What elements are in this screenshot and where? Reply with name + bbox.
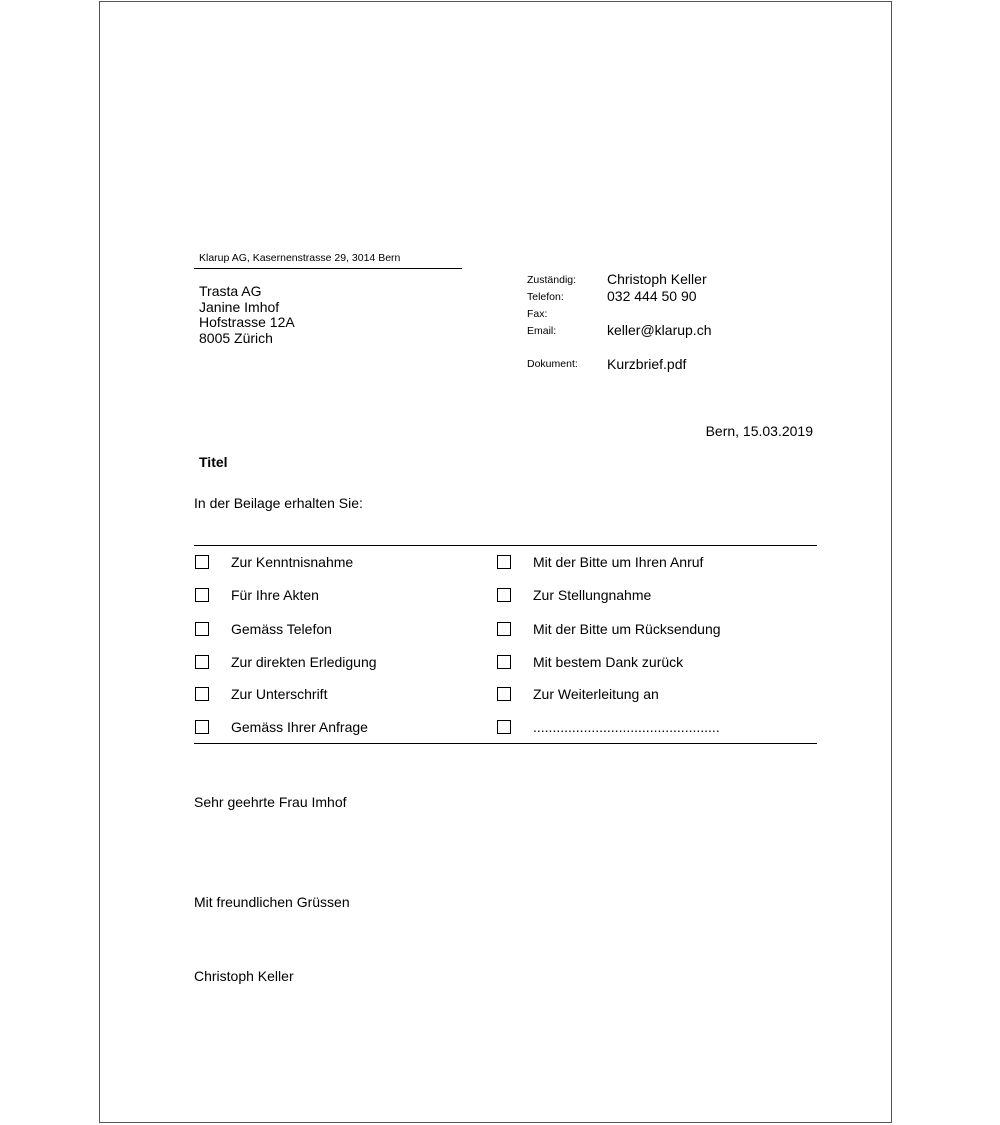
- recipient-address: Trasta AG Janine Imhof Hofstrasse 12A 80…: [199, 284, 295, 346]
- checkbox[interactable]: [497, 622, 511, 636]
- info-label-email: Email:: [527, 325, 556, 337]
- checklist-item[interactable]: Mit bestem Dank zurück: [497, 652, 683, 672]
- checklist-bottom-rule: [194, 743, 817, 744]
- info-value-email: keller@klarup.ch: [607, 322, 711, 338]
- letter-title: Titel: [199, 454, 228, 470]
- checklist-label: Zur Kenntnisnahme: [231, 554, 353, 570]
- checklist-label: Gemäss Telefon: [231, 621, 332, 637]
- info-label-responsible: Zuständig:: [527, 274, 576, 286]
- salutation: Sehr geehrte Frau Imhof: [194, 794, 347, 810]
- checkbox[interactable]: [195, 687, 209, 701]
- checklist-item[interactable]: Zur Kenntnisnahme: [195, 552, 353, 572]
- sender-address-line: Klarup AG, Kasernenstrasse 29, 3014 Bern: [199, 252, 400, 264]
- checklist-item[interactable]: Mit der Bitte um Ihren Anruf: [497, 552, 703, 572]
- checklist-item[interactable]: Mit der Bitte um Rücksendung: [497, 619, 721, 639]
- checklist-item[interactable]: Zur Weiterleitung an: [497, 684, 659, 704]
- checklist-item[interactable]: Zur Unterschrift: [195, 684, 327, 704]
- checkbox[interactable]: [195, 655, 209, 669]
- checklist-label: Zur direkten Erledigung: [231, 654, 377, 670]
- sender-underline: [194, 268, 462, 269]
- checkbox[interactable]: [195, 622, 209, 636]
- checklist-label: Gemäss Ihrer Anfrage: [231, 719, 368, 735]
- recipient-street: Hofstrasse 12A: [199, 315, 295, 331]
- checkbox[interactable]: [497, 720, 511, 734]
- checkbox[interactable]: [195, 555, 209, 569]
- checklist-label: Für Ihre Akten: [231, 587, 319, 603]
- letter-date: Bern, 15.03.2019: [706, 423, 813, 439]
- info-value-phone: 032 444 50 90: [607, 288, 697, 304]
- checklist-item[interactable]: Gemäss Telefon: [195, 619, 332, 639]
- checklist-label: Mit der Bitte um Ihren Anruf: [533, 554, 703, 570]
- checklist-item[interactable]: Gemäss Ihrer Anfrage: [195, 717, 368, 737]
- signature: Christoph Keller: [194, 968, 294, 984]
- checklist-label: Zur Weiterleitung an: [533, 686, 659, 702]
- checkbox[interactable]: [497, 588, 511, 602]
- checklist-item[interactable]: ........................................…: [497, 717, 720, 737]
- checklist-label: Mit bestem Dank zurück: [533, 654, 683, 670]
- info-value-responsible: Christoph Keller: [607, 271, 707, 287]
- checkbox[interactable]: [497, 555, 511, 569]
- checklist-item[interactable]: Für Ihre Akten: [195, 585, 319, 605]
- closing: Mit freundlichen Grüssen: [194, 894, 350, 910]
- checklist-item[interactable]: Zur direkten Erledigung: [195, 652, 377, 672]
- checkbox[interactable]: [497, 687, 511, 701]
- checklist-label: Zur Unterschrift: [231, 686, 327, 702]
- checkbox[interactable]: [195, 588, 209, 602]
- checkbox[interactable]: [195, 720, 209, 734]
- checklist-item[interactable]: Zur Stellungnahme: [497, 585, 651, 605]
- info-value-document: Kurzbrief.pdf: [607, 356, 686, 372]
- info-label-fax: Fax:: [527, 308, 547, 320]
- checkbox[interactable]: [497, 655, 511, 669]
- checklist-label: Zur Stellungnahme: [533, 587, 651, 603]
- info-label-phone: Telefon:: [527, 291, 564, 303]
- checklist-label: Mit der Bitte um Rücksendung: [533, 621, 721, 637]
- recipient-city: 8005 Zürich: [199, 331, 295, 347]
- checklist-top-rule: [194, 545, 817, 546]
- recipient-person: Janine Imhof: [199, 300, 295, 316]
- info-label-document: Dokument:: [527, 358, 578, 370]
- recipient-company: Trasta AG: [199, 284, 295, 300]
- enclosure-intro: In der Beilage erhalten Sie:: [194, 495, 363, 511]
- checklist-label-blank: ........................................…: [533, 719, 720, 735]
